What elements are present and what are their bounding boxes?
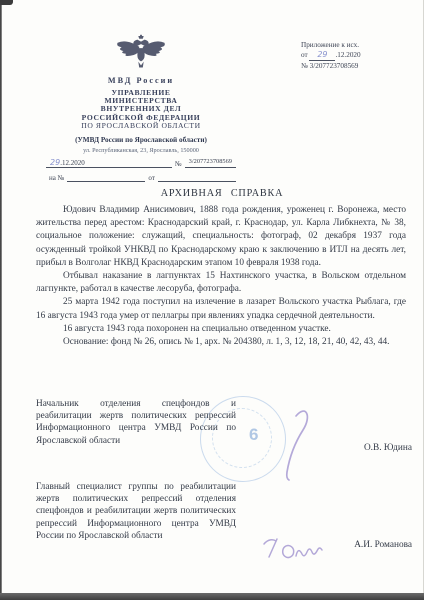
body-paragraph: 16 августа 1943 года похоронен на специа… xyxy=(36,323,406,336)
signatory-name-1: О.В. Юдина xyxy=(322,443,412,453)
letterhead: МВД России УПРАВЛЕНИЕ МИНИСТЕРСТВА ВНУТР… xyxy=(46,34,236,182)
reference-number: 3/207723708569 xyxy=(185,158,236,168)
reply-no-label: на № xyxy=(46,174,67,182)
annex-line-2: от 29.12.2020 xyxy=(301,50,416,61)
signature-yudina xyxy=(276,406,320,484)
signatory-name-2: А.И. Романова xyxy=(322,540,412,550)
reply-from-label: от xyxy=(145,174,157,182)
org-short-name: МВД России xyxy=(46,76,236,85)
body-paragraph: Юдович Владимир Анисимович, 1888 года ро… xyxy=(36,204,406,270)
annex-line-3: № 3/207723708569 xyxy=(301,61,416,71)
handwritten-date: 29 xyxy=(317,50,327,59)
org-abbreviation: (УМВД России по Ярославской области) xyxy=(46,136,236,144)
document-body: Юдович Владимир Анисимович, 1888 года ро… xyxy=(36,204,406,349)
number-sign-label: № xyxy=(172,160,185,168)
scan-edge-bottom xyxy=(0,593,424,600)
handwritten-ref-date: 29 xyxy=(50,158,60,167)
archival-certificate-page: { "page": { "annex_note": { "line1": "Пр… xyxy=(0,0,424,600)
annex-note: Приложение к исх. от 29.12.2020 № 3/2077… xyxy=(301,40,416,71)
reference-date-number-row: 29.12.2020 № 3/207723708569 xyxy=(46,158,236,168)
signatory-position-1: Начальник отделения спецфондов и реабили… xyxy=(36,398,236,447)
body-paragraph: Отбывал наказание в лагпунктах 15 Нахтин… xyxy=(36,270,406,296)
annex-line-1: Приложение к исх. xyxy=(301,40,416,50)
org-address: ул. Республиканская, 23, Ярославль, 1500… xyxy=(46,147,236,154)
signatory-position-2: Главный специалист группы по реабилитаци… xyxy=(36,481,236,542)
body-paragraph: Основание: фонд № 26, опись № 1, арх. № … xyxy=(36,336,406,349)
org-name-line: ПО ЯРОСЛАВСКОЙ ОБЛАСТИ xyxy=(46,122,236,130)
scan-edge-left xyxy=(0,0,2,600)
mvd-eagle-emblem-icon xyxy=(114,34,168,74)
body-paragraph: 25 марта 1942 года поступил на излечение… xyxy=(36,296,406,322)
scan-corner-mark xyxy=(0,0,13,5)
stamp-digit: 6 xyxy=(249,425,258,445)
reply-reference-row: на № от xyxy=(46,172,236,182)
document-title: АРХИВНАЯ СПРАВКА xyxy=(36,188,408,199)
